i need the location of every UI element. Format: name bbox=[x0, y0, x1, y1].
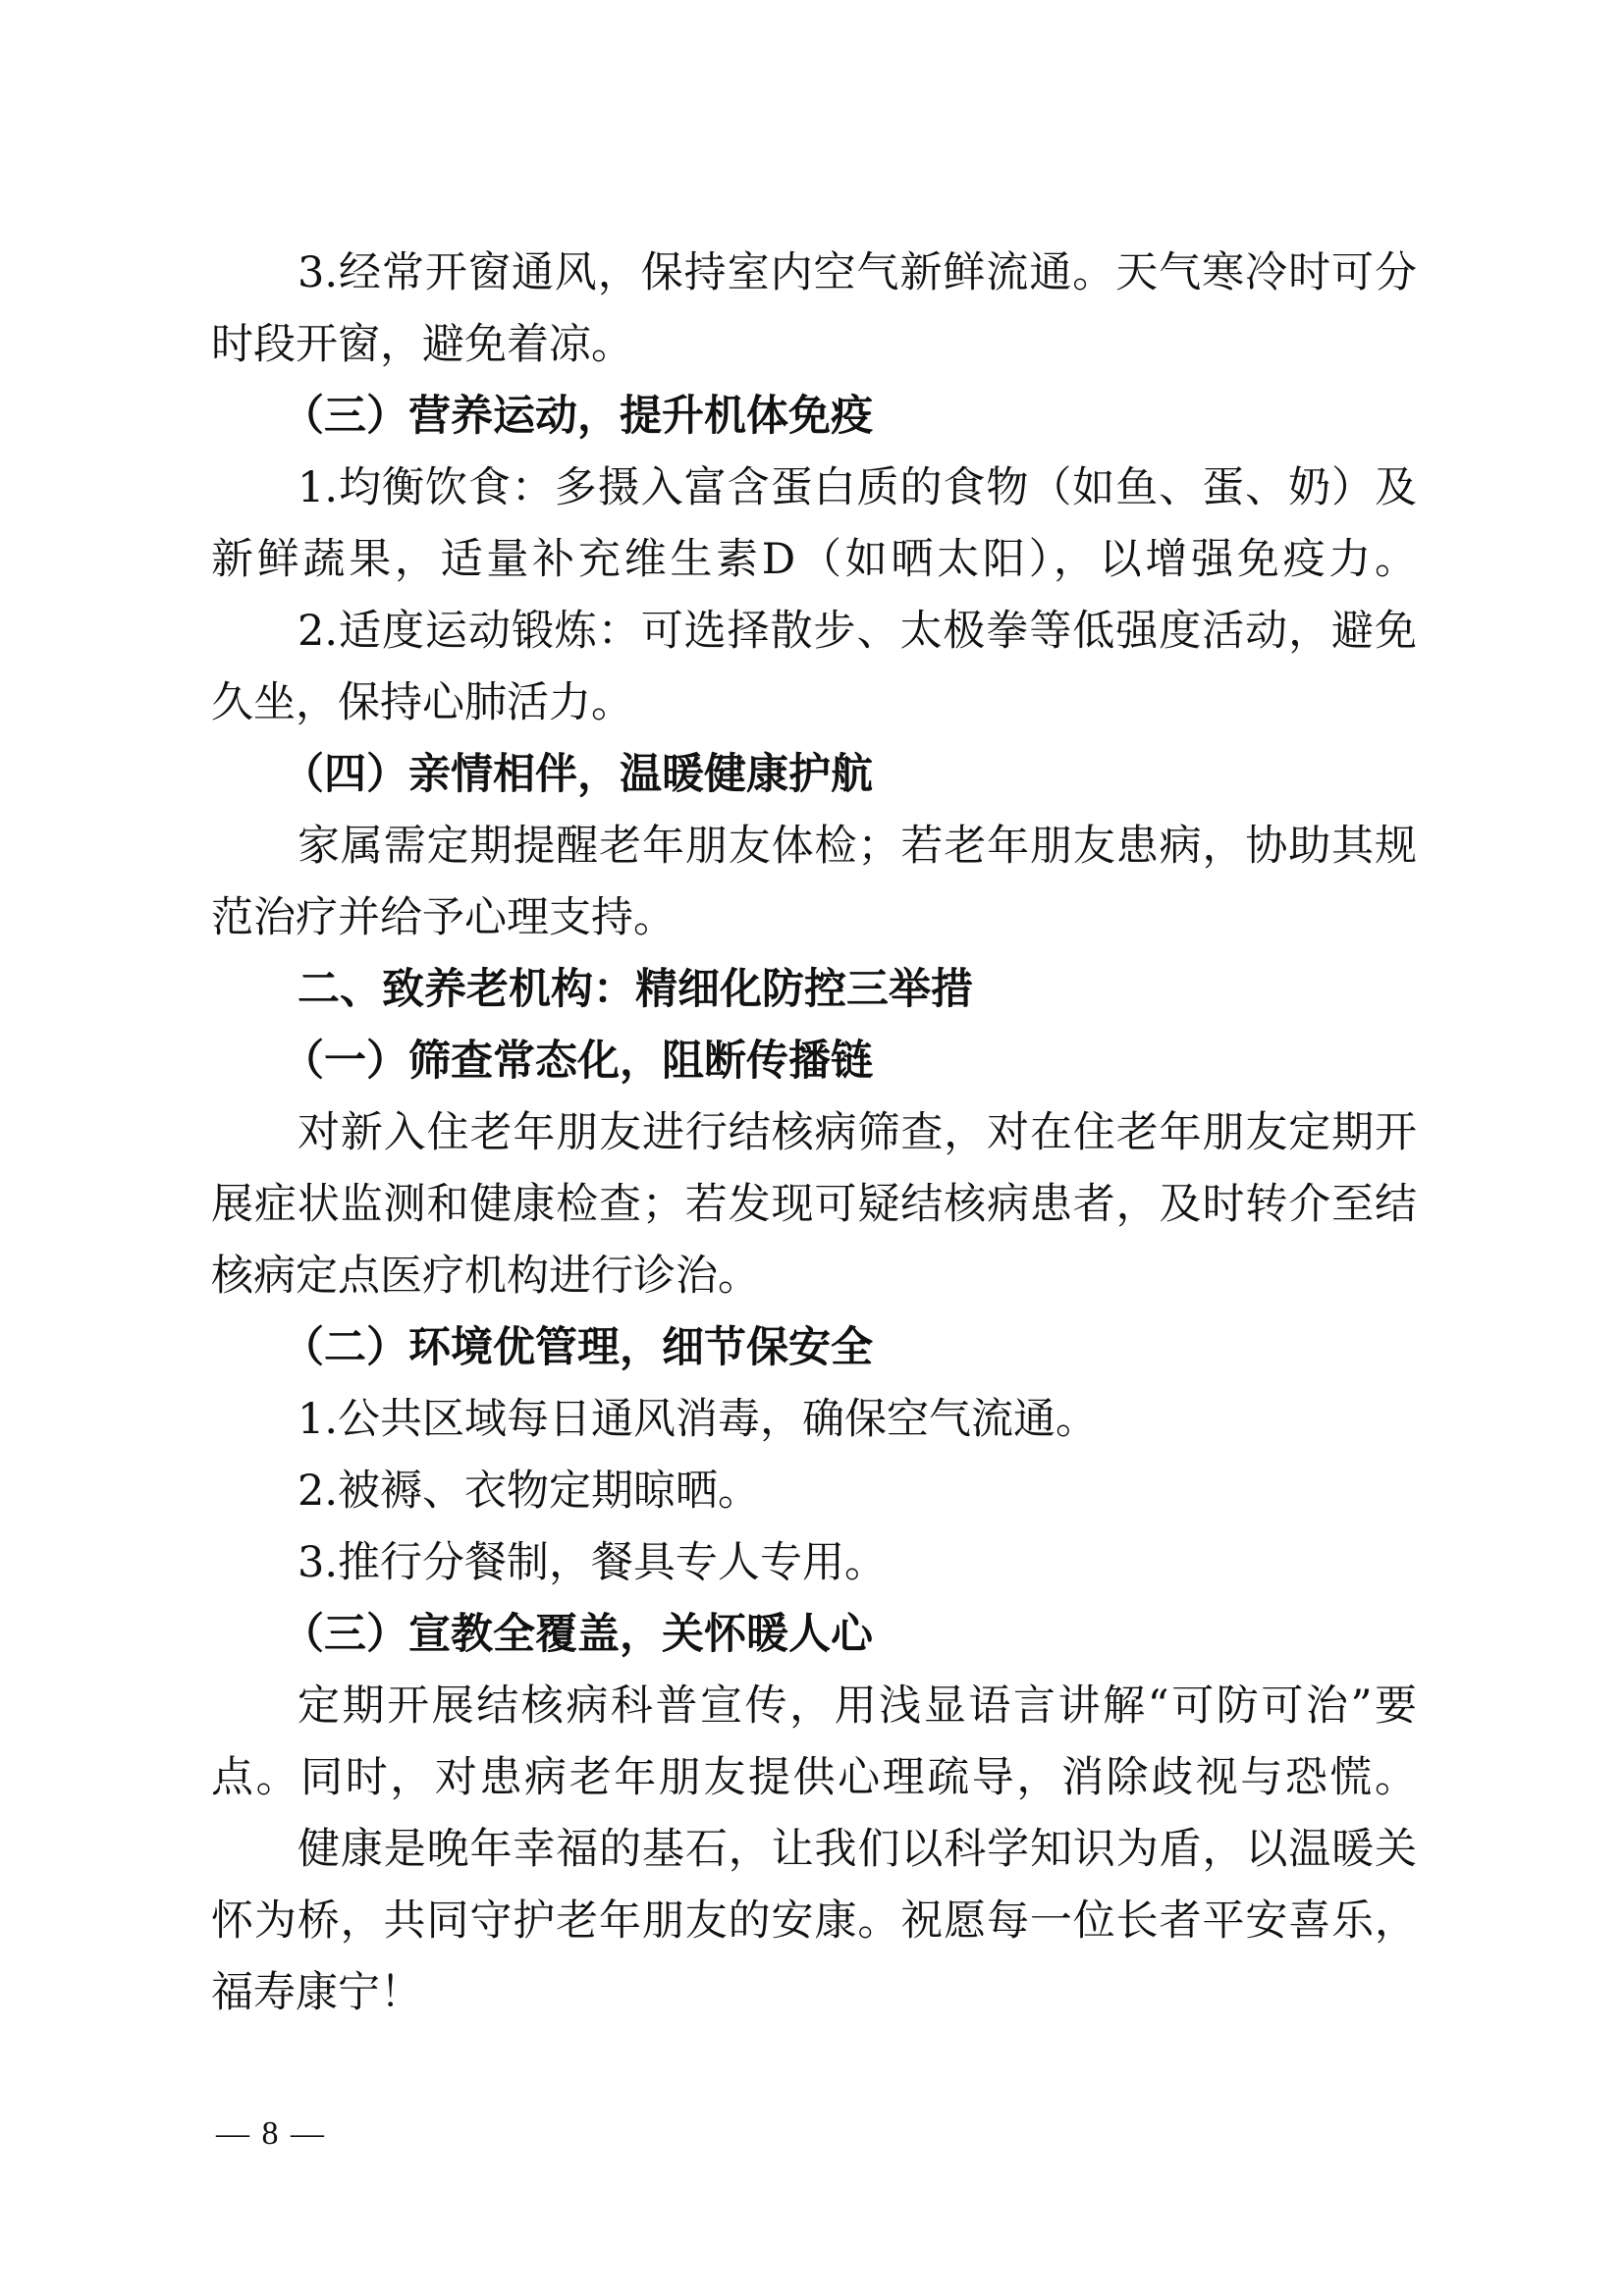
paragraph-line: 久坐，保持心肺活力。 bbox=[211, 667, 1417, 739]
paragraph-line: 核病定点医疗机构进行诊治。 bbox=[211, 1241, 1417, 1312]
section-subheading: （一）筛查常态化，阻断传播链 bbox=[211, 1026, 1417, 1097]
section-heading: 二、致养老机构：精细化防控三举措 bbox=[211, 954, 1417, 1026]
paragraph-line: 新鲜蔬果，适量补充维生素D（如晒太阳），以增强免疫力。 bbox=[211, 524, 1417, 596]
section-subheading: （三）营养运动，提升机体免疫 bbox=[211, 381, 1417, 453]
section-subheading: （二）环境优管理，细节保安全 bbox=[211, 1312, 1417, 1384]
paragraph-line: 家属需定期提醒老年朋友体检；若老年朋友患病，协助其规 bbox=[211, 811, 1417, 882]
paragraph-line: 1.均衡饮食：多摄入富含蛋白质的食物（如鱼、蛋、奶）及 bbox=[211, 453, 1417, 524]
paragraph-line: 定期开展结核病科普宣传，用浅显语言讲解“可防可治”要 bbox=[211, 1671, 1417, 1742]
paragraph-line: 展症状监测和健康检查；若发现可疑结核病患者，及时转介至结 bbox=[211, 1169, 1417, 1241]
paragraph-line: 2.适度运动锻炼：可选择散步、太极拳等低强度活动，避免 bbox=[211, 596, 1417, 667]
paragraph-line: 点。同时，对患病老年朋友提供心理疏导，消除歧视与恐慌。 bbox=[211, 1742, 1417, 1814]
paragraph-line: 2.被褥、衣物定期晾晒。 bbox=[211, 1456, 1417, 1527]
paragraph-line: 3.推行分餐制，餐具专人专用。 bbox=[211, 1527, 1417, 1599]
page-number: — 8 — bbox=[216, 2115, 326, 2153]
paragraph-line: 对新入住老年朋友进行结核病筛查，对在住老年朋友定期开 bbox=[211, 1097, 1417, 1169]
paragraph-line: 时段开窗，避免着凉。 bbox=[211, 309, 1417, 381]
section-subheading: （四）亲情相伴，温暖健康护航 bbox=[211, 739, 1417, 811]
paragraph-line: 健康是晚年幸福的基石，让我们以科学知识为盾，以温暖关 bbox=[211, 1814, 1417, 1886]
paragraph-line: 范治疗并给予心理支持。 bbox=[211, 882, 1417, 954]
paragraph-line: 3.经常开窗通风，保持室内空气新鲜流通。天气寒冷时可分 bbox=[211, 238, 1417, 309]
paragraph-line: 1.公共区域每日通风消毒，确保空气流通。 bbox=[211, 1384, 1417, 1456]
paragraph-line: 福寿康宁！ bbox=[211, 1957, 1417, 2029]
paragraph-line: 怀为桥，共同守护老年朋友的安康。祝愿每一位长者平安喜乐， bbox=[211, 1886, 1417, 1957]
section-subheading: （三）宣教全覆盖，关怀暖人心 bbox=[211, 1599, 1417, 1671]
